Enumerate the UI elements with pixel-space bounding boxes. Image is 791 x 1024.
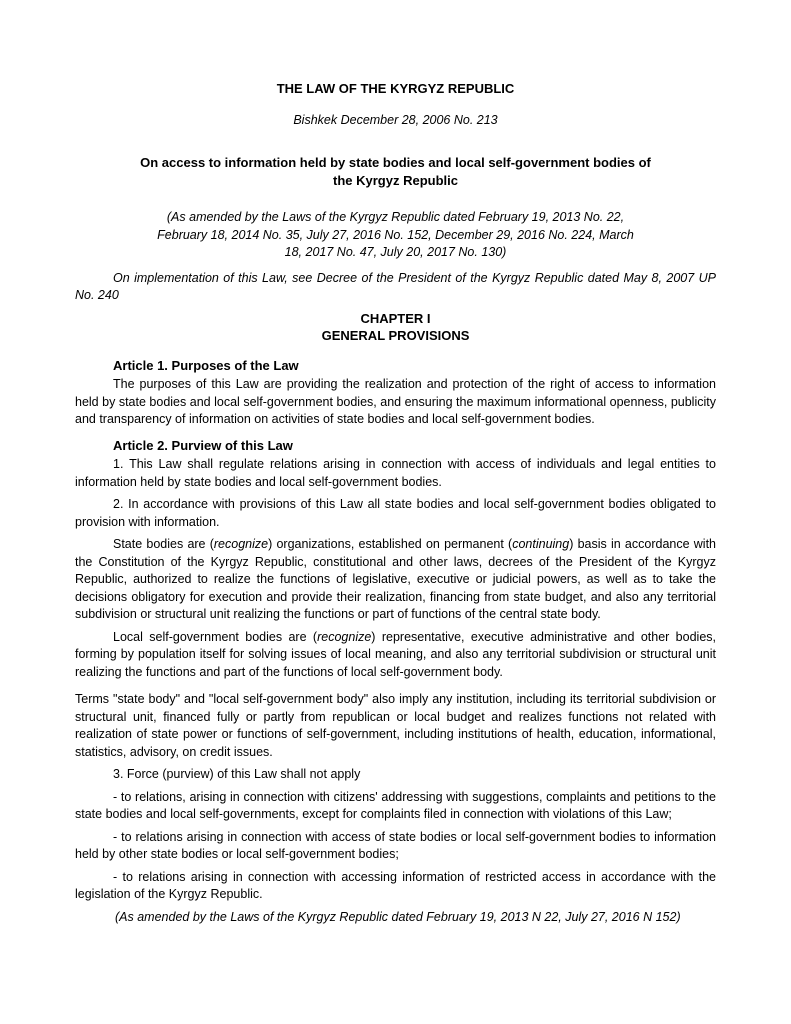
article-2-clause-3: 3. Force (purview) of this Law shall not… <box>75 766 716 784</box>
article-1-paragraph: The purposes of this Law are providing t… <box>75 376 716 429</box>
document-page: THE LAW OF THE KYRGYZ REPUBLIC Bishkek D… <box>0 0 791 1024</box>
state-bodies-definition: State bodies are (recognize) organizatio… <box>75 536 716 624</box>
chapter-title: GENERAL PROVISIONS <box>75 327 716 345</box>
article-2-clause-2: 2. In accordance with provisions of this… <box>75 496 716 531</box>
amendments-note: (As amended by the Laws of the Kyrgyz Re… <box>151 209 641 262</box>
chapter-heading-block: CHAPTER I GENERAL PROVISIONS <box>75 310 716 345</box>
law-subject-heading: On access to information held by state b… <box>131 154 661 189</box>
terms-note-paragraph: Terms "state body" and "local self-gover… <box>75 691 716 761</box>
local-bodies-definition: Local self-government bodies are (recogn… <box>75 629 716 682</box>
exclusion-item-3: - to relations arising in connection wit… <box>75 869 716 904</box>
article-1-heading: Article 1. Purposes of the Law <box>75 357 716 375</box>
place-date-line: Bishkek December 28, 2006 No. 213 <box>75 112 716 130</box>
article-2-clause-1: 1. This Law shall regulate relations ari… <box>75 456 716 491</box>
article-2-amendment-note: (As amended by the Laws of the Kyrgyz Re… <box>75 909 716 927</box>
implementation-note: On implementation of this Law, see Decre… <box>75 270 716 305</box>
exclusion-item-1: - to relations, arising in connection wi… <box>75 789 716 824</box>
chapter-number: CHAPTER I <box>75 310 716 328</box>
article-2-heading: Article 2. Purview of this Law <box>75 437 716 455</box>
exclusion-item-2: - to relations arising in connection wit… <box>75 829 716 864</box>
law-title: THE LAW OF THE KYRGYZ REPUBLIC <box>75 80 716 98</box>
